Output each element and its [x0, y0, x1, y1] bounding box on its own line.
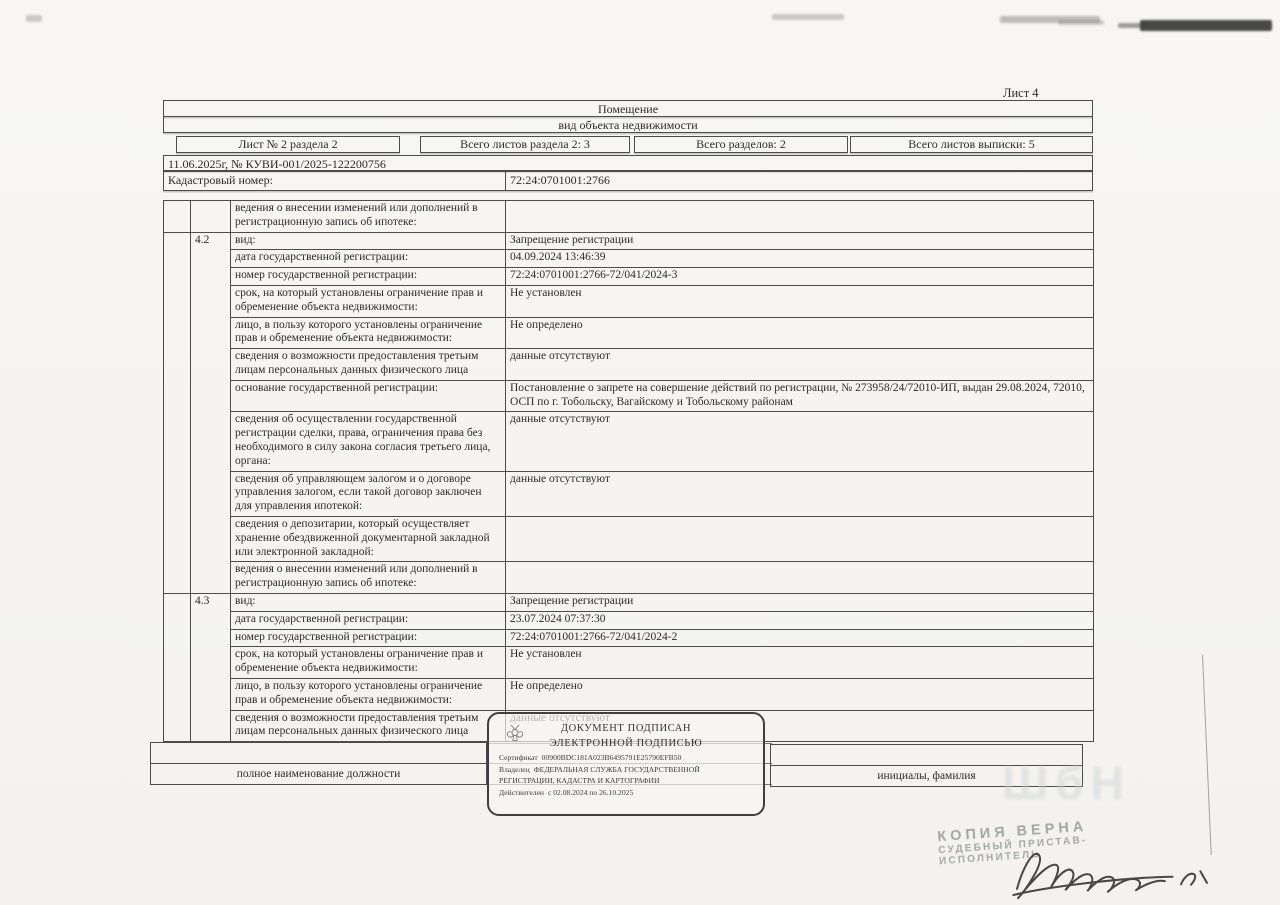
coat-of-arms-icon [505, 722, 525, 744]
row-value: Не установлен [506, 647, 1094, 679]
esign-title-line2: ЭЛЕКТРОННОЙ ПОДПИСЬЮ [499, 736, 753, 751]
row-label: сведения о возможности предоставления тр… [231, 349, 506, 381]
row-label: сведения об управляющем залогом и о дого… [231, 471, 506, 516]
row-value [506, 201, 1094, 233]
row-value [506, 516, 1094, 561]
esign-validity: Действителенс 02.08.2024 по 26.10.2025 [499, 788, 753, 798]
row-label: ведения о внесении изменений или дополне… [231, 562, 506, 594]
certificate-label: Сертификат [499, 753, 538, 762]
table-row: лицо, в пользу которого установлены огра… [164, 317, 1094, 349]
cadastral-number-row: Кадастровый номер: 72:24:0701001:2766 [163, 171, 1093, 191]
scan-fold-line [1202, 655, 1212, 855]
cadastral-number-value: 72:24:0701001:2766 [506, 172, 1092, 188]
row-value [506, 562, 1094, 594]
row-label: сведения о возможности предоставления тр… [231, 710, 506, 742]
table-row: основание государственной регистрации:По… [164, 380, 1094, 412]
signature-space [151, 743, 486, 763]
object-type-caption: вид объекта недвижимости [164, 117, 1092, 133]
row-label: дата государственной регистрации: [231, 611, 506, 629]
table-row: номер государственной регистрации:72:24:… [164, 629, 1094, 647]
row-value: 04.09.2024 13:46:39 [506, 250, 1094, 268]
table-row: дата государственной регистрации:04.09.2… [164, 250, 1094, 268]
gutter-cell [164, 201, 191, 233]
row-value: данные отсутствуют [506, 412, 1094, 471]
table-row: лицо, в пользу которого установлены огра… [164, 678, 1094, 710]
validity-label: Действителен [499, 788, 544, 797]
row-label: срок, на который установлены ограничение… [231, 647, 506, 679]
table-row: 4.3 вид: Запрещение регистрации [164, 593, 1094, 611]
sheet-number-label: Лист 4 [1003, 86, 1039, 101]
row-label: номер государственной регистрации: [231, 268, 506, 286]
table-row: срок, на который установлены ограничение… [164, 285, 1094, 317]
row-value: Не установлен [506, 285, 1094, 317]
table-row: сведения о депозитарии, который осуществ… [164, 516, 1094, 561]
row-label: лицо, в пользу которого установлены огра… [231, 678, 506, 710]
table-row: сведения об управляющем залогом и о дого… [164, 471, 1094, 516]
row-label: лицо, в пользу которого установлены огра… [231, 317, 506, 349]
esign-certificate: Сертификат00900BDC181A023B6495791E25790E… [499, 753, 753, 763]
owner-label: Владелец [499, 765, 530, 774]
esign-title-line1: ДОКУМЕНТ ПОДПИСАН [499, 721, 753, 736]
validity-value: с 02.08.2024 по 26.10.2025 [548, 788, 633, 797]
handwritten-signature [1000, 826, 1218, 905]
sheet-info-cell: Всего разделов: 2 [634, 136, 848, 153]
certificate-value: 00900BDC181A023B6495791E25790EFB50 [542, 753, 682, 762]
object-type-caption-box: вид объекта недвижимости [163, 116, 1093, 133]
row-value: Не определено [506, 317, 1094, 349]
gutter-cell [164, 232, 191, 593]
row-value: данные отсутствуют [506, 471, 1094, 516]
table-row: номер государственной регистрации:72:24:… [164, 268, 1094, 286]
esign-owner: ВладелецФЕДЕРАЛЬНАЯ СЛУЖБА ГОСУДАРСТВЕНН… [499, 765, 753, 786]
table-row: 4.2 вид: Запрещение регистрации [164, 232, 1094, 250]
extract-date-number-box: 11.06.2025г, № КУВИ-001/2025-122200756 [163, 155, 1093, 171]
row-label: сведения о депозитарии, который осуществ… [231, 516, 506, 561]
sheet-info-cell: Лист № 2 раздела 2 [176, 136, 400, 153]
row-value: Запрещение регистрации [506, 593, 1094, 611]
scan-smudge [1118, 23, 1148, 28]
object-type-box: Помещение [163, 100, 1093, 117]
row-value: Запрещение регистрации [506, 232, 1094, 250]
row-label: срок, на который установлены ограничение… [231, 285, 506, 317]
section-number: 4.3 [191, 593, 231, 741]
ghost-watermark: ШбН [1002, 756, 1131, 810]
scan-smudge [772, 14, 844, 20]
scan-smudge [26, 15, 42, 22]
row-number-cell [191, 201, 231, 233]
extract-date-number: 11.06.2025г, № КУВИ-001/2025-122200756 [164, 156, 1092, 172]
section-number: 4.2 [191, 232, 231, 593]
scanned-egrn-extract-page: Лист 4 Помещение вид объекта недвижимост… [0, 0, 1280, 905]
sheet-info-row: Лист № 2 раздела 2 Всего листов раздела … [163, 136, 1093, 153]
scan-smudge [1140, 20, 1272, 31]
row-label: ведения о внесении изменений или дополне… [231, 201, 506, 233]
cadastral-number-label-cell: Кадастровый номер: [164, 172, 506, 190]
position-caption: полное наименование должности [151, 763, 486, 785]
table-row: ведения о внесении изменений или дополне… [164, 201, 1094, 233]
object-type: Помещение [164, 101, 1092, 117]
position-signature-table: полное наименование должности [150, 742, 487, 785]
row-label: вид: [231, 593, 506, 611]
row-value: Постановление о запрете на совершение де… [506, 380, 1094, 412]
esign-stamp: ДОКУМЕНТ ПОДПИСАН ЭЛЕКТРОННОЙ ПОДПИСЬЮ С… [487, 712, 765, 816]
row-label: дата государственной регистрации: [231, 250, 506, 268]
row-value: Не определено [506, 678, 1094, 710]
cadastral-number-label: Кадастровый номер: [164, 172, 505, 188]
restrictions-table: ведения о внесении изменений или дополне… [163, 200, 1094, 742]
scan-smudge [1058, 20, 1104, 25]
row-value: 23.07.2024 07:37:30 [506, 611, 1094, 629]
row-label: сведения об осуществлении государственно… [231, 412, 506, 471]
table-row: срок, на который установлены ограничение… [164, 647, 1094, 679]
row-label: основание государственной регистрации: [231, 380, 506, 412]
row-label: номер государственной регистрации: [231, 629, 506, 647]
row-value: 72:24:0701001:2766-72/041/2024-3 [506, 268, 1094, 286]
sheet-info-cell: Всего листов выписки: 5 [850, 136, 1093, 153]
table-row: ведения о внесении изменений или дополне… [164, 562, 1094, 594]
table-row: дата государственной регистрации:23.07.2… [164, 611, 1094, 629]
row-label: вид: [231, 232, 506, 250]
gutter-cell [164, 593, 191, 741]
cadastral-number-value-cell: 72:24:0701001:2766 [506, 172, 1092, 190]
row-value: данные отсутствуют [506, 349, 1094, 381]
table-row: сведения о возможности предоставления тр… [164, 349, 1094, 381]
sheet-info-cell: Всего листов раздела 2: 3 [420, 136, 630, 153]
table-row: сведения об осуществлении государственно… [164, 412, 1094, 471]
row-value: 72:24:0701001:2766-72/041/2024-2 [506, 629, 1094, 647]
